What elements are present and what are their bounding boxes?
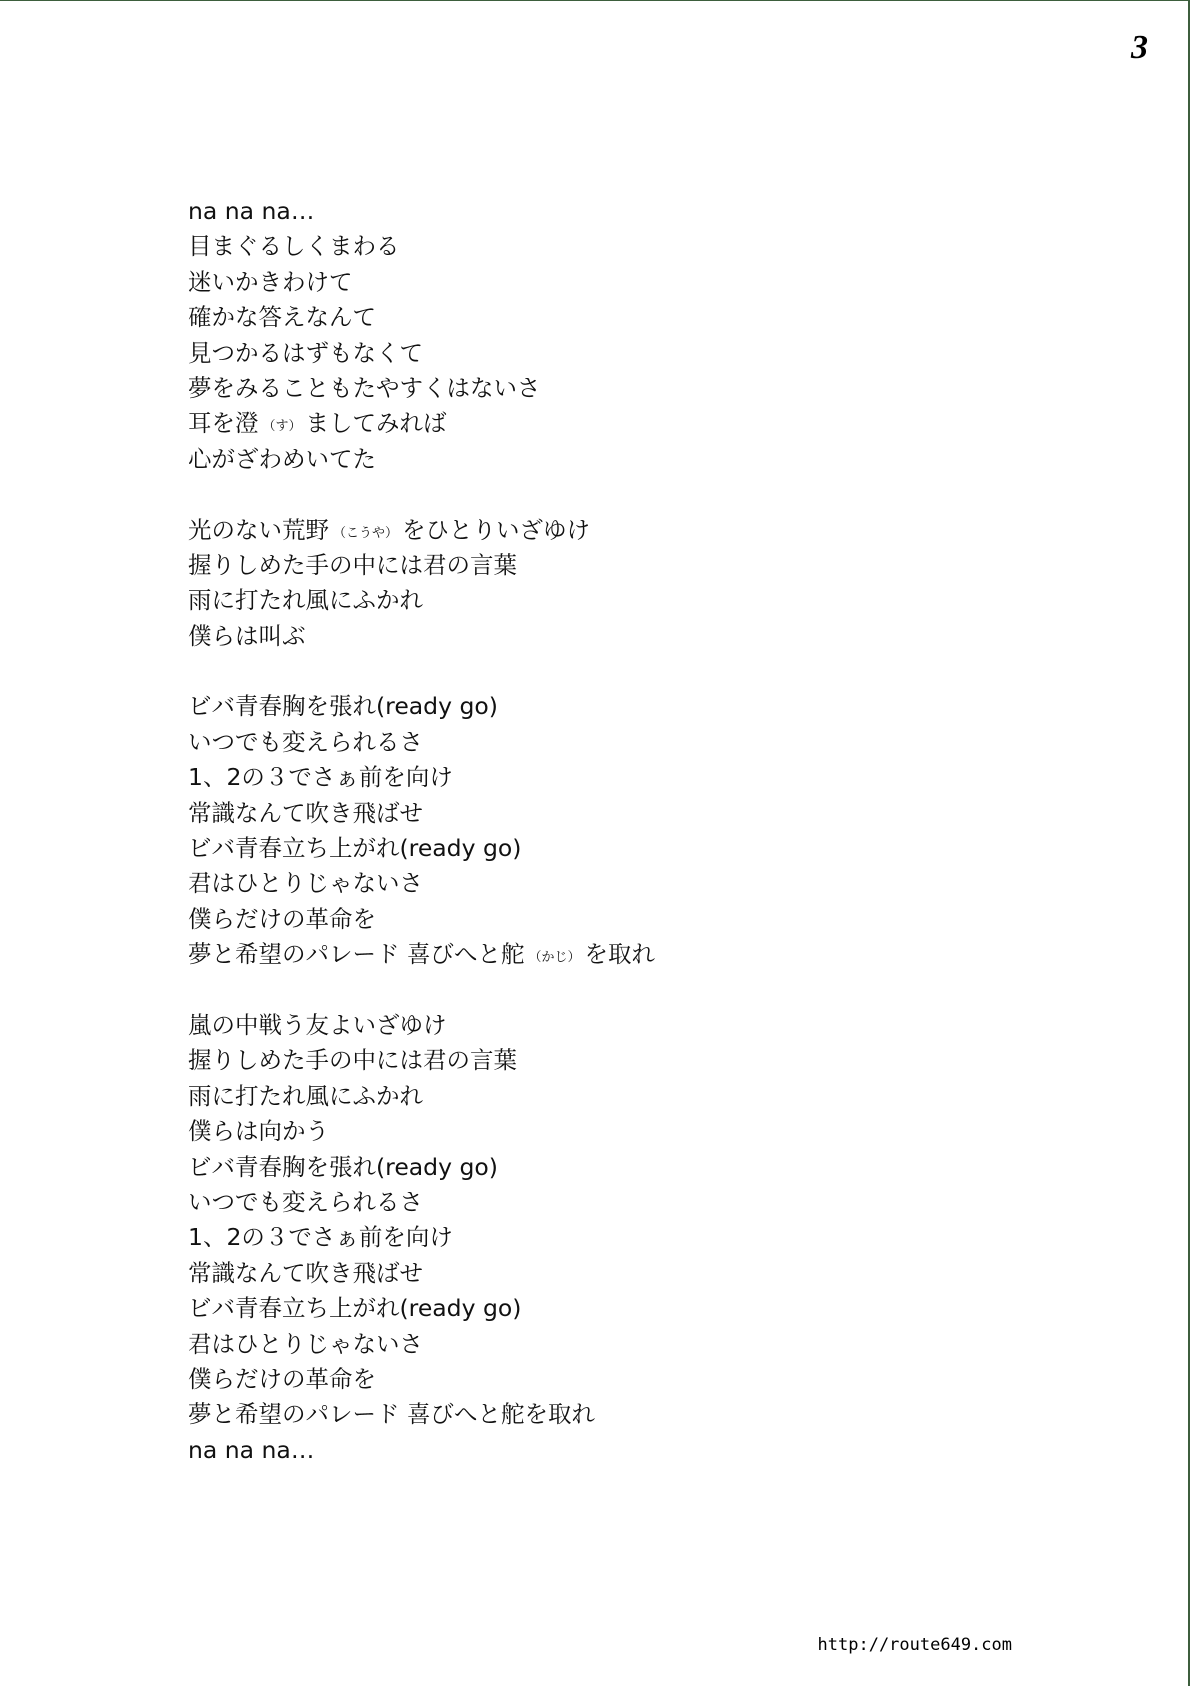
lyric-line: 握りしめた手の中には君の言葉 [188,1043,655,1078]
lyric-line: 僕らは叫ぶ [188,619,655,654]
lyric-text: 夢と希望のパレード 喜びへと舵 [188,940,524,968]
lyric-line: na na na… [188,1433,655,1468]
lyric-line: 雨に打たれ風にふかれ [188,1079,655,1114]
lyric-text: をひとりいざゆけ [402,516,590,544]
footer-url: http://route649.com [818,1635,1012,1655]
lyric-line: ビバ青春胸を張れ(ready go) [188,689,655,724]
lyrics-stanza: na na na…目まぐるしくまわる迷いかきわけて確かな答えなんて見つかるはずも… [188,194,655,477]
lyric-line: 確かな答えなんて [188,300,655,335]
page-number: 3 [1131,29,1148,67]
lyric-line: 僕らだけの革命を [188,1362,655,1397]
lyric-line: 僕らは向かう [188,1114,655,1149]
lyric-text: 耳を澄 [188,409,259,437]
lyric-line: 君はひとりじゃないさ [188,1327,655,1362]
lyric-line: 握りしめた手の中には君の言葉 [188,548,655,583]
lyric-line: いつでも変えられるさ [188,725,655,760]
lyric-line: 迷いかきわけて [188,265,655,300]
lyric-line: 雨に打たれ風にふかれ [188,583,655,618]
lyric-line: 目まぐるしくまわる [188,229,655,264]
furigana-reading: （かじ） [528,950,580,965]
lyric-line: ビバ青春立ち上がれ(ready go) [188,1291,655,1326]
lyric-line: 夢と希望のパレード 喜びへと舵を取れ [188,1397,655,1432]
furigana-reading: （す） [263,419,302,434]
lyric-line: 君はひとりじゃないさ [188,866,655,901]
lyric-line: ビバ青春立ち上がれ(ready go) [188,831,655,866]
lyric-line: ビバ青春胸を張れ(ready go) [188,1150,655,1185]
furigana-reading: （こうや） [333,526,398,541]
lyric-line: na na na… [188,194,655,229]
lyric-text: 光のない荒野 [188,516,329,544]
lyric-line: 光のない荒野（こうや）をひとりいざゆけ [188,513,655,548]
lyric-line: 常識なんて吹き飛ばせ [188,796,655,831]
lyric-line: 見つかるはずもなくて [188,336,655,371]
lyrics-stanza: 光のない荒野（こうや）をひとりいざゆけ握りしめた手の中には君の言葉雨に打たれ風に… [188,513,655,655]
lyric-line: 夢と希望のパレード 喜びへと舵（かじ）を取れ [188,937,655,972]
lyric-line: 心がざわめいてた [188,442,655,477]
lyrics-body: na na na…目まぐるしくまわる迷いかきわけて確かな答えなんて見つかるはずも… [188,194,655,1468]
lyric-line: 耳を澄（す）ましてみれば [188,406,655,441]
lyric-line: 常識なんて吹き飛ばせ [188,1256,655,1291]
lyric-text: ましてみれば [306,409,447,437]
lyric-line: 嵐の中戦う友よいざゆけ [188,1008,655,1043]
lyric-line: 僕らだけの革命を [188,902,655,937]
lyrics-stanza: 嵐の中戦う友よいざゆけ握りしめた手の中には君の言葉雨に打たれ風にふかれ僕らは向か… [188,1008,655,1468]
document-page: 3 na na na…目まぐるしくまわる迷いかきわけて確かな答えなんて見つかるは… [0,0,1190,1686]
lyric-line: 1、2の３でさぁ前を向け [188,1220,655,1255]
lyric-line: 夢をみることもたやすくはないさ [188,371,655,406]
lyrics-stanza: ビバ青春胸を張れ(ready go)いつでも変えられるさ1、2の３でさぁ前を向け… [188,689,655,972]
lyric-line: いつでも変えられるさ [188,1185,655,1220]
lyric-line: 1、2の３でさぁ前を向け [188,760,655,795]
lyric-text: を取れ [585,940,656,968]
